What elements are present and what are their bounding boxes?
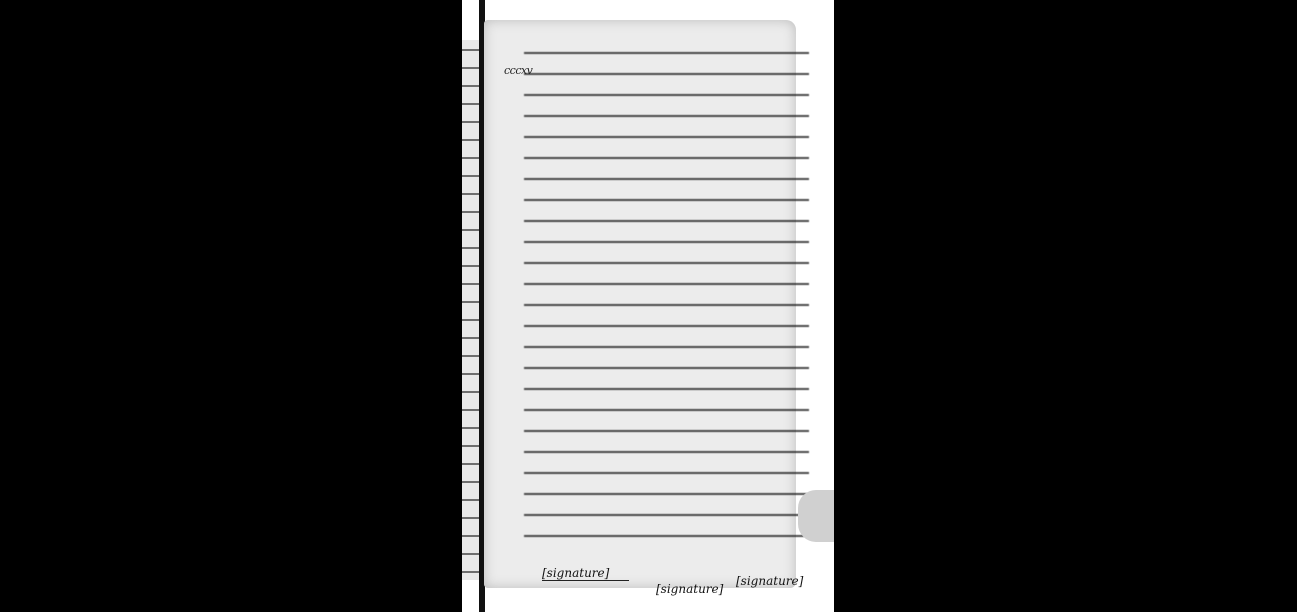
signature-1: [signature] xyxy=(542,566,629,581)
signature-2: [signature] xyxy=(656,582,723,596)
manuscript-scan: [illegible historical cursive handwritin… xyxy=(462,0,834,612)
folio-number: cccxv xyxy=(504,64,532,77)
signature-3: [signature] xyxy=(736,574,803,588)
manuscript-page: [illegible historical cursive handwritin… xyxy=(484,20,796,588)
holding-thumb xyxy=(798,490,834,542)
handwritten-text: [illegible historical cursive handwritin… xyxy=(524,42,809,552)
